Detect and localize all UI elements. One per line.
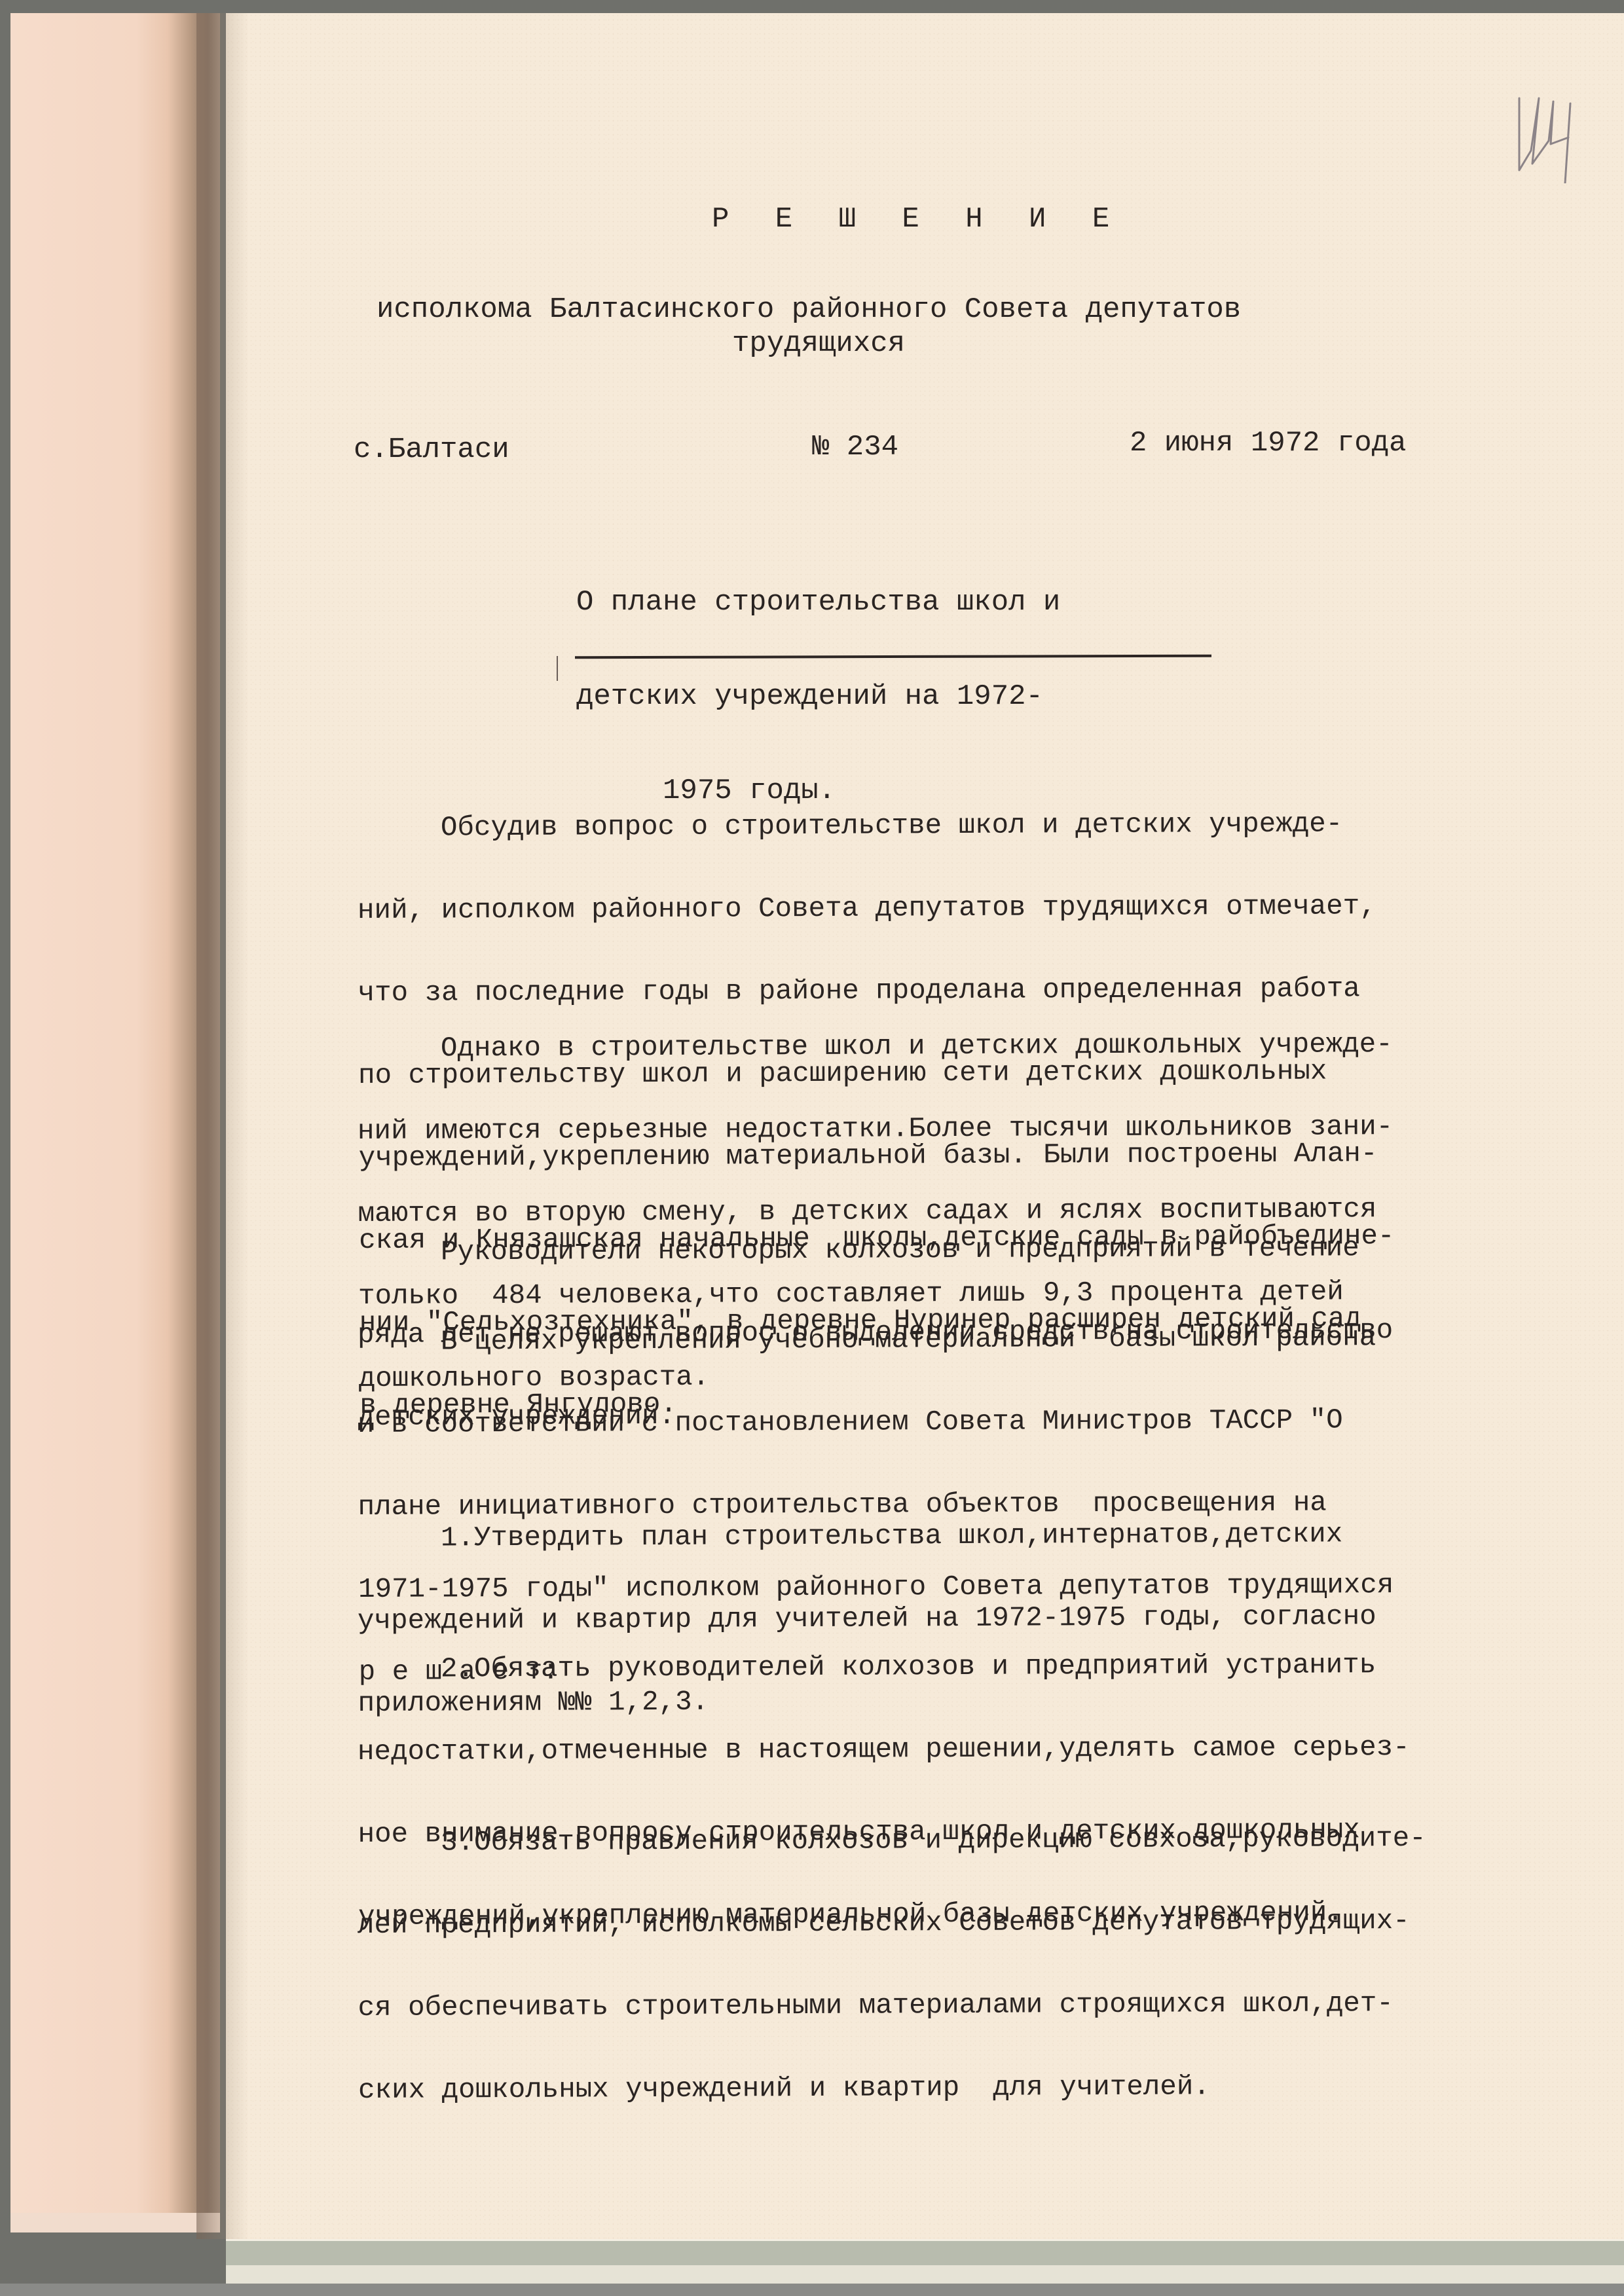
text-line: недостатки,отмеченные в настоящем решени…: [358, 1734, 1410, 1766]
text-line: ний, исполком районного Совета депутатов…: [358, 892, 1393, 924]
document-number: № 234: [812, 431, 898, 464]
text-line: В целях укрепления учебно-материальной б…: [357, 1324, 1392, 1356]
text-line: и в соответствии с постановлением Совета…: [358, 1406, 1393, 1438]
text-line: 3.Обязать правления колхозов и дирекцию …: [357, 1825, 1426, 1857]
text-line: Руководители некоторых колхозов и предпр…: [357, 1234, 1392, 1266]
adjacent-page-bottom-strip: [10, 2213, 220, 2232]
resolution-item-3: 3.Обязать правления колхозов и дирекцию …: [357, 1770, 1428, 2132]
text-line: 1.Утвердить план строительства школ,инте…: [357, 1520, 1376, 1552]
text-line: ний имеются серьезные недостатки.Более т…: [358, 1113, 1393, 1145]
document-meta-row: с.Балтаси № 234 2 июня 1972 года: [354, 431, 1480, 470]
issuer-line-1: исполкома Балтасинского районного Совета…: [377, 293, 1241, 326]
subject-line: О плане строительства школ и: [576, 587, 1060, 618]
issuer-line-2: трудящихся: [732, 327, 905, 360]
scanner-background: [0, 2284, 1624, 2296]
document-place: с.Балтаси: [354, 433, 509, 466]
document-title: Р Е Ш Е Н И Е: [712, 203, 1124, 236]
text-line: Обсудив вопрос о строительстве школ и де…: [357, 810, 1392, 842]
binding-gutter-shadow: [196, 13, 249, 2239]
text-line: ся обеспечивать строительными материалам…: [358, 1990, 1426, 2022]
text-line: 2.Обязать руководителей колхозов и предп…: [357, 1651, 1409, 1683]
text-line: Однако в строительстве школ и детских до…: [357, 1030, 1392, 1063]
margin-mark: [557, 656, 558, 681]
text-line: лей предприятий, исполкомы сельских Сове…: [358, 1907, 1426, 1939]
adjacent-left-page: [10, 13, 220, 2213]
text-line: ских дошкольных учреждений и квартир для…: [358, 2072, 1427, 2104]
document-date: 2 июня 1972 года: [1130, 427, 1406, 460]
handwritten-pencil-mark-icon: [1513, 92, 1578, 183]
subject-line: детских учреждений на 1972-: [576, 681, 1060, 712]
page-torn-edge: [226, 2265, 1624, 2284]
